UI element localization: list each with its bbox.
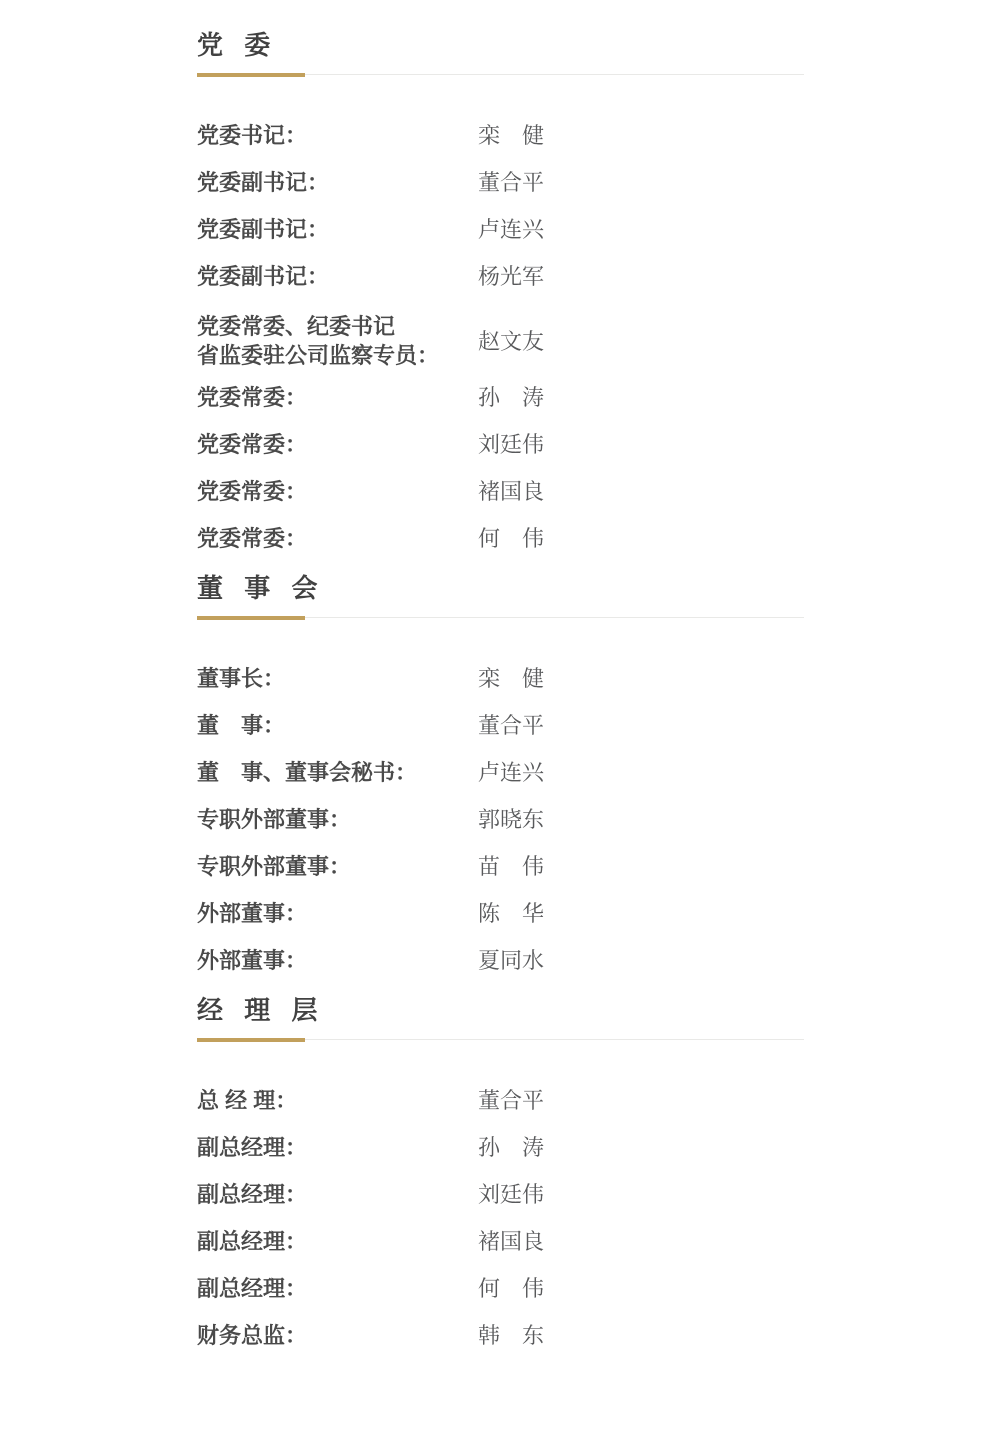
divider-accent-bar (197, 616, 305, 620)
leadership-row: 党委常委：褚国良 (197, 480, 804, 503)
position-label: 董事长： (197, 667, 478, 690)
position-label: 董 事： (197, 714, 478, 737)
section-management: 经 理 层总 经 理：董合平副总经理：孙 涛副总经理：刘廷伟副总经理：褚国良副总… (197, 996, 804, 1347)
section-title: 董 事 会 (197, 574, 804, 602)
position-label: 党委常委： (197, 480, 478, 503)
position-label: 总 经 理： (197, 1089, 478, 1112)
person-name: 卢连兴 (478, 218, 804, 241)
leadership-row: 党委常委：孙 涛 (197, 386, 804, 409)
position-label: 党委常委： (197, 386, 478, 409)
leadership-row: 副总经理：刘廷伟 (197, 1183, 804, 1206)
position-label: 副总经理： (197, 1183, 478, 1206)
section-title: 党 委 (197, 31, 804, 59)
leadership-row: 董 事：董合平 (197, 714, 804, 737)
leadership-row: 财务总监：韩 东 (197, 1324, 804, 1347)
person-name: 褚国良 (478, 480, 804, 503)
divider-accent-bar (197, 73, 305, 77)
person-name: 孙 涛 (478, 386, 804, 409)
person-name: 董合平 (478, 1089, 804, 1112)
position-label: 财务总监： (197, 1324, 478, 1347)
position-label: 专职外部董事： (197, 855, 478, 878)
person-name: 夏同水 (478, 949, 804, 972)
leadership-row: 专职外部董事：苗 伟 (197, 855, 804, 878)
leadership-row: 副总经理：何 伟 (197, 1277, 804, 1300)
section-divider (197, 1038, 804, 1042)
leadership-row: 党委副书记：董合平 (197, 171, 804, 194)
person-name: 赵文友 (478, 330, 804, 353)
person-name: 卢连兴 (478, 761, 804, 784)
person-name: 何 伟 (478, 527, 804, 550)
leadership-row: 副总经理：褚国良 (197, 1230, 804, 1253)
person-name: 董合平 (478, 714, 804, 737)
leadership-row: 副总经理：孙 涛 (197, 1136, 804, 1159)
leadership-row: 党委副书记：卢连兴 (197, 218, 804, 241)
person-name: 栾 健 (478, 667, 804, 690)
leadership-row: 外部董事：陈 华 (197, 902, 804, 925)
position-label: 外部董事： (197, 949, 478, 972)
position-label: 党委常委： (197, 527, 478, 550)
position-label: 专职外部董事： (197, 808, 478, 831)
leadership-row: 总 经 理：董合平 (197, 1089, 804, 1112)
position-label: 党委常委、纪委书记 省监委驻公司监察专员： (197, 312, 478, 370)
person-name: 刘廷伟 (478, 433, 804, 456)
leadership-list: 党 委党委书记：栾 健党委副书记：董合平党委副书记：卢连兴党委副书记：杨光军党委… (197, 0, 804, 1347)
person-name: 韩 东 (478, 1324, 804, 1347)
section-divider (197, 73, 804, 77)
leadership-row: 外部董事：夏同水 (197, 949, 804, 972)
position-label: 党委副书记： (197, 171, 478, 194)
section-divider (197, 616, 804, 620)
person-name: 郭晓东 (478, 808, 804, 831)
leadership-row: 专职外部董事：郭晓东 (197, 808, 804, 831)
person-name: 陈 华 (478, 902, 804, 925)
section-rows: 党委书记：栾 健党委副书记：董合平党委副书记：卢连兴党委副书记：杨光军党委常委、… (197, 124, 804, 550)
person-name: 刘廷伟 (478, 1183, 804, 1206)
person-name: 何 伟 (478, 1277, 804, 1300)
position-label: 党委书记： (197, 124, 478, 147)
section-board-of-directors: 董 事 会董事长：栾 健董 事：董合平董 事、董事会秘书：卢连兴专职外部董事：郭… (197, 574, 804, 972)
leadership-row: 党委常委：刘廷伟 (197, 433, 804, 456)
position-label: 董 事、董事会秘书： (197, 761, 478, 784)
position-label: 副总经理： (197, 1230, 478, 1253)
leadership-row: 董 事、董事会秘书：卢连兴 (197, 761, 804, 784)
section-rows: 董事长：栾 健董 事：董合平董 事、董事会秘书：卢连兴专职外部董事：郭晓东专职外… (197, 667, 804, 972)
position-label: 副总经理： (197, 1277, 478, 1300)
person-name: 孙 涛 (478, 1136, 804, 1159)
person-name: 董合平 (478, 171, 804, 194)
leadership-row: 党委副书记：杨光军 (197, 265, 804, 288)
person-name: 栾 健 (478, 124, 804, 147)
person-name: 褚国良 (478, 1230, 804, 1253)
position-label: 副总经理： (197, 1136, 478, 1159)
leadership-row: 党委常委、纪委书记 省监委驻公司监察专员：赵文友 (197, 312, 804, 370)
leadership-row: 董事长：栾 健 (197, 667, 804, 690)
section-rows: 总 经 理：董合平副总经理：孙 涛副总经理：刘廷伟副总经理：褚国良副总经理：何 … (197, 1089, 804, 1347)
position-label: 党委副书记： (197, 265, 478, 288)
position-label: 党委副书记： (197, 218, 478, 241)
leadership-row: 党委常委：何 伟 (197, 527, 804, 550)
divider-accent-bar (197, 1038, 305, 1042)
person-name: 杨光军 (478, 265, 804, 288)
section-title: 经 理 层 (197, 996, 804, 1024)
leadership-row: 党委书记：栾 健 (197, 124, 804, 147)
person-name: 苗 伟 (478, 855, 804, 878)
position-label: 外部董事： (197, 902, 478, 925)
position-label: 党委常委： (197, 433, 478, 456)
section-party-committee: 党 委党委书记：栾 健党委副书记：董合平党委副书记：卢连兴党委副书记：杨光军党委… (197, 31, 804, 550)
